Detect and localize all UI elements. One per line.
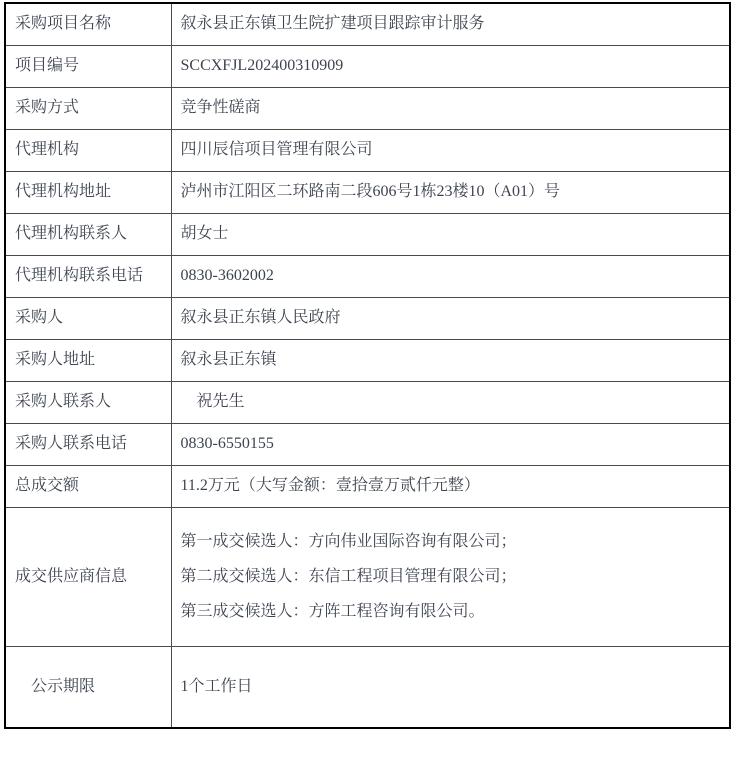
row-label: 采购人 (5, 297, 171, 339)
row-value: 竞争性磋商 (171, 87, 730, 129)
table-row: 代理机构联系电话 0830-3602002 (5, 255, 730, 297)
row-value: 泸州市江阳区二环路南二段606号1栋23楼10（A01）号 (171, 171, 730, 213)
row-value: 0830-6550155 (171, 423, 730, 465)
row-label: 成交供应商信息 (5, 507, 171, 646)
table-row: 项目编号 SCCXFJL202400310909 (5, 45, 730, 87)
row-value: 第一成交候选人：方向伟业国际咨询有限公司； 第二成交候选人：东信工程项目管理有限… (171, 507, 730, 646)
row-value: 叙永县正东镇卫生院扩建项目跟踪审计服务 (171, 3, 730, 45)
row-label: 采购项目名称 (5, 3, 171, 45)
table-row: 采购人联系人 祝先生 (5, 381, 730, 423)
table-row: 采购人地址 叙永县正东镇 (5, 339, 730, 381)
row-label: 采购方式 (5, 87, 171, 129)
table-row: 采购项目名称 叙永县正东镇卫生院扩建项目跟踪审计服务 (5, 3, 730, 45)
table-row: 代理机构 四川辰信项目管理有限公司 (5, 129, 730, 171)
table-row-publicity-period: 公示期限 1个工作日 (5, 646, 730, 728)
row-value: 1个工作日 (171, 646, 730, 728)
procurement-info-table: 采购项目名称 叙永县正东镇卫生院扩建项目跟踪审计服务 项目编号 SCCXFJL2… (4, 2, 731, 729)
row-value: 叙永县正东镇人民政府 (171, 297, 730, 339)
procurement-award-notice-page: 采购项目名称 叙永县正东镇卫生院扩建项目跟踪审计服务 项目编号 SCCXFJL2… (0, 0, 745, 762)
table-row: 采购人 叙永县正东镇人民政府 (5, 297, 730, 339)
row-label: 代理机构联系电话 (5, 255, 171, 297)
table-row: 采购方式 竞争性磋商 (5, 87, 730, 129)
table-row: 采购人联系电话 0830-6550155 (5, 423, 730, 465)
table-row-supplier-info: 成交供应商信息 第一成交候选人：方向伟业国际咨询有限公司； 第二成交候选人：东信… (5, 507, 730, 646)
row-label: 采购人联系电话 (5, 423, 171, 465)
row-value: 叙永县正东镇 (171, 339, 730, 381)
row-value: 0830-3602002 (171, 255, 730, 297)
row-label: 公示期限 (5, 646, 171, 728)
row-value: SCCXFJL202400310909 (171, 45, 730, 87)
row-value: 胡女士 (171, 213, 730, 255)
row-label: 项目编号 (5, 45, 171, 87)
row-label: 代理机构 (5, 129, 171, 171)
row-label: 代理机构联系人 (5, 213, 171, 255)
table-row: 总成交额 11.2万元（大写金额：壹拾壹万贰仟元整） (5, 465, 730, 507)
row-value: 四川辰信项目管理有限公司 (171, 129, 730, 171)
row-label: 代理机构地址 (5, 171, 171, 213)
row-label: 采购人地址 (5, 339, 171, 381)
row-value: 11.2万元（大写金额：壹拾壹万贰仟元整） (171, 465, 730, 507)
table-row: 代理机构地址 泸州市江阳区二环路南二段606号1栋23楼10（A01）号 (5, 171, 730, 213)
table-row: 代理机构联系人 胡女士 (5, 213, 730, 255)
row-value: 祝先生 (171, 381, 730, 423)
row-label: 总成交额 (5, 465, 171, 507)
row-label: 采购人联系人 (5, 381, 171, 423)
